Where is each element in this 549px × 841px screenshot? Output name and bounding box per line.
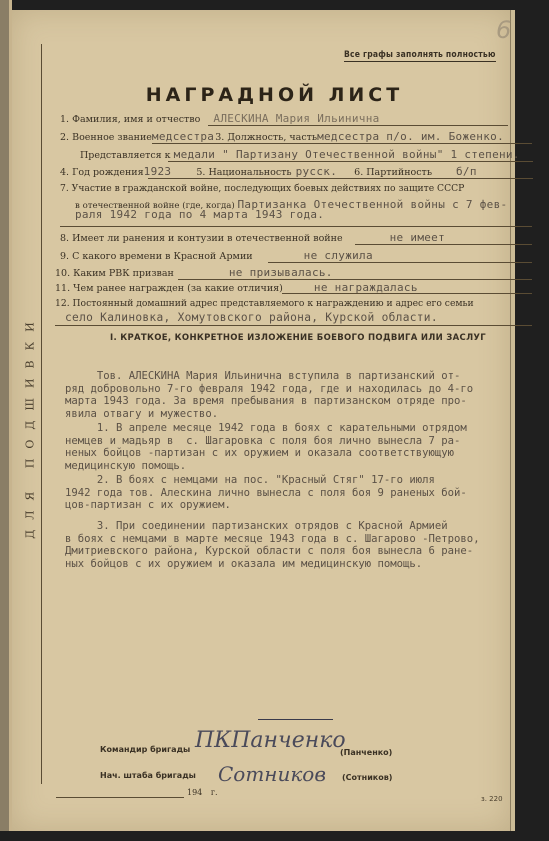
field-1-row: 1. Фамилия, имя и отчество АЛЕСКИНА Мари… [60,112,380,125]
nominated-row: Представляется к медали " Партизану Отеч… [80,148,520,161]
date-year-suffix: г. [211,788,218,797]
field-3-label: 3. Должность, часть [215,132,317,143]
section-heading-feat-summary: I. КРАТКОЕ, КОНКРЕТНОЕ ИЗЛОЖЕНИЕ БОЕВОГО… [110,333,486,343]
field-9-value: не служила [304,249,373,262]
field-6-value: б/п [456,165,477,178]
field-7-underline [60,226,532,227]
chief-of-staff-signature: Сотников [218,762,326,786]
scan-bottom-border [0,831,549,841]
narrative-line: ных бойцов с их оружием и оказала им мед… [65,558,540,571]
nominated-label: Представляется к [80,150,171,161]
field-12-value: село Калиновка, Хомутовского района, Кур… [65,311,438,324]
field-8-label: 8. Имеет ли ранения и контузии в отечест… [60,233,343,244]
chief-of-staff-label: Нач. штаба бригады [100,771,196,780]
binding-margin-label: ДЛЯ ПОДШИВКИ [23,260,37,590]
field-9-row: 9. С какого времени в Красной Армии не с… [60,249,373,262]
narrative-line: ряд добровольно 7-го февраля 1942 года, … [65,383,540,396]
field-9-underline [268,262,532,263]
field-4-5-6-underline [148,178,533,179]
narrative-line: цов-партизан с их оружием. [65,499,540,512]
narrative-paragraph-3: 3. При соединении партизанских отрядов с… [65,520,540,570]
field-10-label: 10. Каким РВК призван [55,268,174,279]
field-10-value: не призывалась. [229,266,333,279]
commander-label: Командир бригады [100,745,190,754]
narrative-line: марта 1943 года. За время пребывания в п… [65,395,540,408]
date-year-prefix: 194 [187,788,202,797]
narrative-line: медицинскую помощь. [65,460,540,473]
date-field: 194 г. [187,788,218,797]
narrative-line: явила отвагу и мужество. [65,408,540,421]
nominated-value: медали " Партизану Отечественной войны" … [174,148,520,161]
field-6-label: 6. Партийность [354,167,432,178]
field-3-value: медсестра п/о. им. Боженко. [317,130,504,143]
field-10-underline [178,279,532,280]
nominated-underline [168,161,533,162]
field-5-value: русск. [296,165,338,178]
field-1-value: АЛЕСКИНА Мария Ильинична [213,112,379,125]
field-7-value-line-2: раля 1942 года по 4 марта 1943 года. [75,208,324,221]
field-2-label: 2. Военное звание [60,132,152,143]
commander-signature: ПКПанченко [195,728,346,753]
field-2-3-row: 2. Военное званиемедсестра3. Должность, … [60,130,504,143]
field-4-value: 1923 [144,165,172,178]
field-12-label: 12. Постоянный домашний адрес представля… [55,298,474,309]
field-11-underline [282,293,532,294]
field-9-label: 9. С какого времени в Красной Армии [60,251,253,262]
narrative-paragraph-intro: Тов. АЛЕСКИНА Мария Ильинична вступила в… [65,370,540,420]
narrative-line: немцев и мадьяр в с. Шагаровка с поля бо… [65,435,540,448]
field-2-value: медсестра [152,130,214,143]
field-11-label: 11. Чем ранее награжден (за какие отличи… [55,283,283,294]
field-12-underline [55,325,532,326]
signature-stroke [258,719,333,720]
narrative-paragraph-2: 2. В боях с немцами на пос. "Красный Стя… [65,474,540,512]
narrative-line: неных бойцов -партизан с их оружием и ок… [65,447,540,460]
field-7-label: 7. Участие в гражданской войне, последую… [60,183,464,194]
archive-mark: з. 220 [481,795,503,803]
binding-margin-line [41,44,42,784]
narrative-line: Дмитриевского района, Курской области с … [65,545,540,558]
narrative-line: 1. В апреле месяце 1942 года в боях с ка… [65,422,540,435]
field-1-underline [208,125,508,126]
handwritten-page-number: 6 [496,16,511,44]
field-10-row: 10. Каким РВК призван не призывалась. [55,266,333,279]
fill-instruction: Все графы заполнять полностью [344,50,496,62]
commander-name: (Панченко) [340,748,392,757]
narrative-paragraph-1: 1. В апреле месяце 1942 года в боях с ка… [65,422,540,472]
chief-of-staff-name: (Сотников) [342,773,392,782]
document-title: НАГРАДНОЙ ЛИСТ [0,84,549,106]
date-underline [56,797,184,798]
field-1-label: 1. Фамилия, имя и отчество [60,114,200,125]
field-4-5-6-row: 4. Год рождения1923 5. Национальностьрус… [60,165,477,178]
field-8-value: не имеет [390,231,445,244]
narrative-line: в боях с немцами в марте месяце 1943 год… [65,533,540,546]
field-2-3-underline [152,143,532,144]
field-4-label: 4. Год рождения [60,167,144,178]
field-8-row: 8. Имеет ли ранения и контузии в отечест… [60,231,445,244]
page-right-edge [510,10,515,831]
narrative-line: 3. При соединении партизанских отрядов с… [65,520,540,533]
narrative-line: 2. В боях с немцами на пос. "Красный Стя… [65,474,540,487]
narrative-line: Тов. АЛЕСКИНА Мария Ильинична вступила в… [65,370,540,383]
narrative-line: 1942 года тов. Алескина лично вынесла с … [65,487,540,500]
field-8-underline [355,244,532,245]
field-5-label: 5. Национальность [196,167,291,178]
